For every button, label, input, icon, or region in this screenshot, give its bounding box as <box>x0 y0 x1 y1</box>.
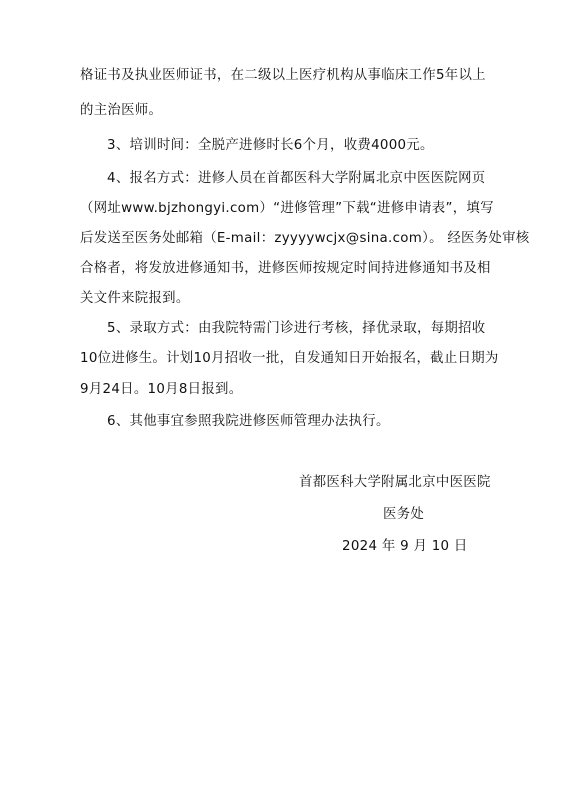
item-registration-line: （网址www.bjzhongyi.com）“进修管理”下载“进修申请表”，填写 <box>80 200 494 218</box>
item-admission-line: 5、录取方式：由我院特需门诊进行考核，择优录取，每期招收 <box>107 320 485 338</box>
paragraph-line: 的主治医师。 <box>80 102 162 120</box>
item-registration-line: 4、报名方式：进修人员在首都医科大学附属北京中医医院网页 <box>107 170 485 188</box>
signature-department: 医务处 <box>383 506 424 524</box>
item-admission-line: 9月24日。10月8日报到。 <box>80 381 242 399</box>
item-registration-line: 合格者，将发放进修通知书，进修医师按规定时间持进修通知书及相 <box>80 260 491 278</box>
item-registration-line: 关文件来院报到。 <box>80 290 190 308</box>
item-admission-line: 10位进修生。计划10月招收一批，自发通知日开始报名，截止日期为 <box>80 350 499 368</box>
paragraph-line: 格证书及执业医师证书，在二级以上医疗机构从事临床工作5年以上 <box>80 67 486 85</box>
document-page: 格证书及执业医师证书，在二级以上医疗机构从事临床工作5年以上 的主治医师。 3、… <box>0 0 578 811</box>
item-training-time: 3、培训时间：全脱产进修时长6个月，收费4000元。 <box>107 137 434 155</box>
signature-date: 2024 年 9 月 10 日 <box>342 538 468 556</box>
item-registration-line: 后发送至医务处邮箱（E-mail：zyyyywcjx@sina.com）。 经医… <box>80 230 529 248</box>
item-other-matters: 6、其他事宜参照我院进修医师管理办法执行。 <box>107 413 390 431</box>
signature-organization: 首都医科大学附属北京中医医院 <box>299 474 491 492</box>
